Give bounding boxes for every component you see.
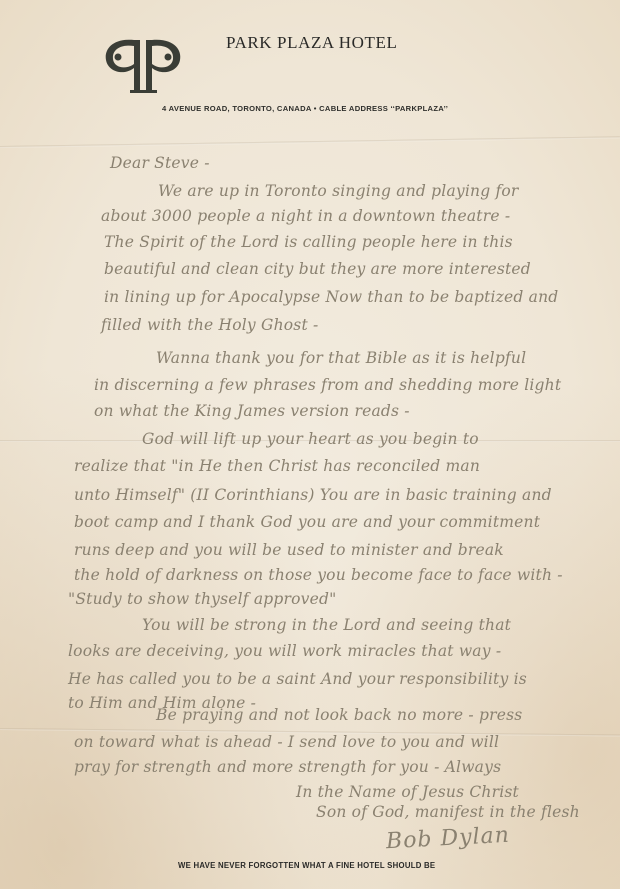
salutation: Dear Steve -	[110, 154, 210, 172]
pp-monogram-logo-icon	[104, 38, 184, 94]
letter-line: on toward what is ahead - I send love to…	[74, 733, 499, 751]
hotel-motto: WE HAVE NEVER FORGOTTEN WHAT A FINE HOTE…	[178, 861, 435, 870]
letter-line: in discerning a few phrases from and she…	[94, 376, 561, 394]
letter-line: about 3000 people a night in a downtown …	[101, 207, 510, 225]
letter-line: on what the King James version reads -	[94, 402, 410, 420]
letter-line: the hold of darkness on those you become…	[74, 566, 563, 584]
fold-crease	[0, 136, 620, 148]
letter-line: "Study to show thyself approved"	[68, 590, 336, 608]
letter-line: We are up in Toronto singing and playing…	[158, 182, 519, 200]
letter-line: looks are deceiving, you will work mirac…	[68, 642, 501, 660]
letter-line: beautiful and clean city but they are mo…	[104, 260, 531, 278]
letter-line: in lining up for Apocalypse Now than to …	[104, 288, 558, 306]
hotel-name: PARK PLAZA HOTEL	[226, 33, 397, 53]
letter-line: You will be strong in the Lord and seein…	[142, 616, 511, 634]
letter-line: pray for strength and more strength for …	[74, 758, 501, 776]
hotel-address: 4 AVENUE ROAD, TORONTO, CANADA • CABLE A…	[162, 104, 448, 113]
letter-page: PARK PLAZA HOTEL 4 AVENUE ROAD, TORONTO,…	[0, 0, 620, 889]
letter-line: God will lift up your heart as you begin…	[142, 430, 479, 448]
letter-line: boot camp and I thank God you are and yo…	[74, 513, 540, 531]
closing-line: Son of God, manifest in the flesh	[316, 803, 580, 821]
signature: Bob Dylan	[385, 823, 510, 854]
letter-line: The Spirit of the Lord is calling people…	[104, 233, 513, 251]
letter-line: filled with the Holy Ghost -	[101, 316, 318, 334]
letter-line: runs deep and you will be used to minist…	[74, 541, 504, 559]
letter-line: realize that "in He then Christ has reco…	[74, 457, 480, 475]
letter-line: He has called you to be a saint And your…	[68, 670, 527, 688]
closing-line: In the Name of Jesus Christ	[296, 783, 519, 801]
letter-line: unto Himself" (II Corinthians) You are i…	[74, 486, 552, 504]
letter-line: Be praying and not look back no more - p…	[156, 706, 522, 724]
letter-line: Wanna thank you for that Bible as it is …	[156, 349, 526, 367]
